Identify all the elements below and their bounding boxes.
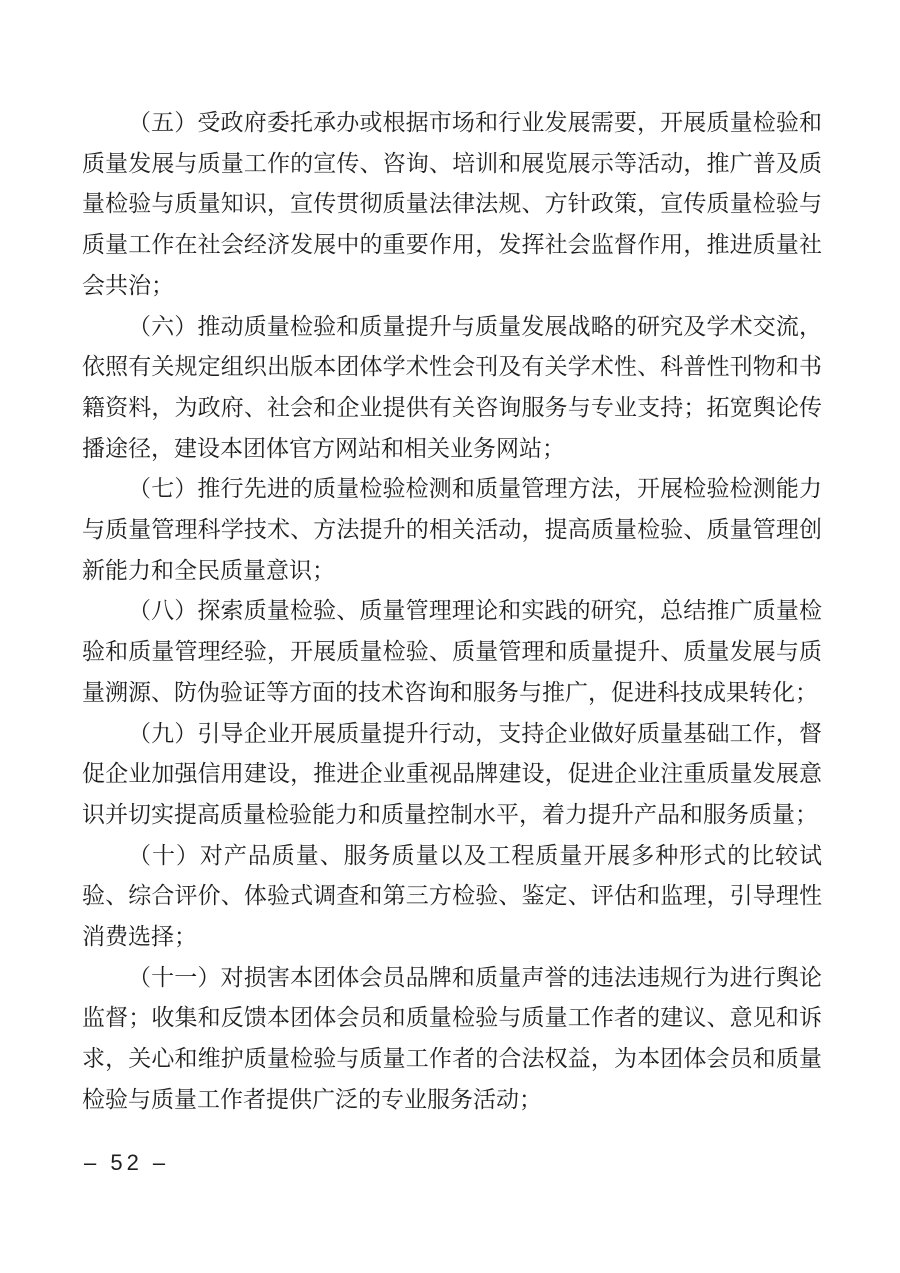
clause-8-paragraph: （八）探索质量检验、质量管理理论和实践的研究，总结推广质量检验和质量管理经验，开… (82, 591, 822, 713)
clause-7-paragraph: （七）推行先进的质量检验检测和质量管理方法，开展检验检测能力与质量管理科学技术、… (82, 469, 822, 591)
document-body: （五）受政府委托承办或根据市场和行业发展需要，开展质量检验和质量发展与质量工作的… (82, 103, 822, 1121)
page-number: – 52 – (84, 1150, 169, 1176)
clause-6-paragraph: （六）推动质量检验和质量提升与质量发展战略的研究及学术交流，依照有关规定组织出版… (82, 307, 822, 470)
clause-5-paragraph: （五）受政府委托承办或根据市场和行业发展需要，开展质量检验和质量发展与质量工作的… (82, 103, 822, 307)
clause-11-paragraph: （十一）对损害本团体会员品牌和质量声誉的违法违规行为进行舆论监督；收集和反馈本团… (82, 958, 822, 1121)
document-page: （五）受政府委托承办或根据市场和行业发展需要，开展质量检验和质量发展与质量工作的… (0, 0, 900, 1273)
clause-9-paragraph: （九）引导企业开展质量提升行动，支持企业做好质量基础工作，督促企业加强信用建设，… (82, 714, 822, 836)
clause-10-paragraph: （十）对产品质量、服务质量以及工程质量开展多种形式的比较试验、综合评价、体验式调… (82, 836, 822, 958)
